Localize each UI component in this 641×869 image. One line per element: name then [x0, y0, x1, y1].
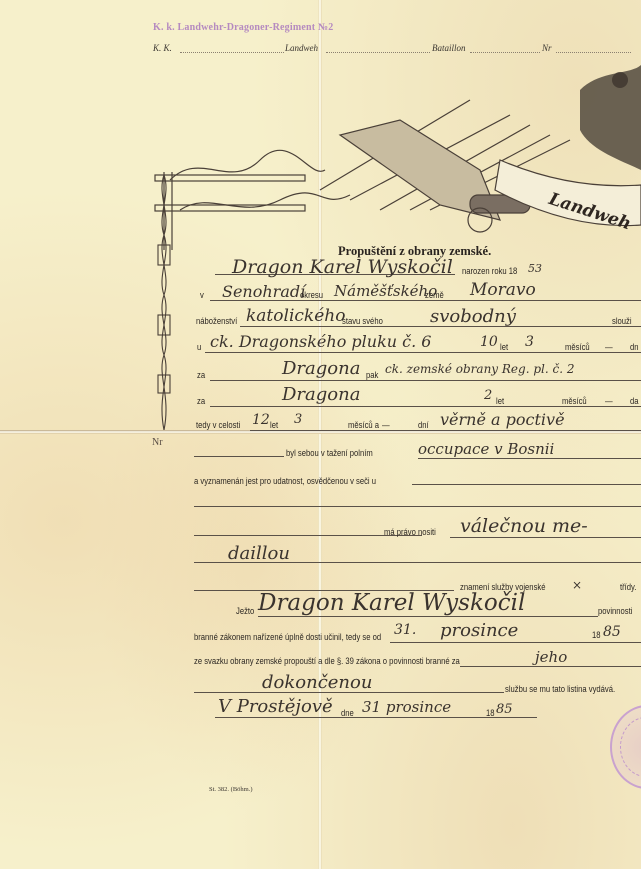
handwritten-unit-2: ck. zemské obrany Reg. pl. č. 2 [385, 362, 574, 376]
handwritten-place: V Prostějově [218, 696, 333, 717]
seal-eagle-icon [620, 717, 641, 777]
label-since: Ježto [236, 606, 254, 616]
header-dotline [556, 52, 631, 53]
field-line [418, 458, 641, 459]
label-dni: da [630, 396, 639, 406]
label-year-prefix: 18 [486, 708, 495, 718]
label-dni: dní [418, 420, 429, 430]
label-let: let [496, 396, 504, 406]
header-dotline [326, 52, 430, 53]
label-religion: náboženství [196, 316, 237, 326]
handwritten-total-years: 12 [252, 412, 270, 428]
ornament-illustration: Landweh [150, 60, 641, 250]
vine-border [155, 175, 173, 430]
handwritten-release-day: 31. [394, 622, 416, 638]
field-line [390, 642, 641, 643]
field-line [210, 380, 641, 381]
handwritten-issue-year: 85 [496, 702, 513, 717]
handwritten-rank-1: Dragona [282, 358, 360, 379]
header-dotline [470, 52, 540, 53]
header-dotline [180, 52, 284, 53]
label-okres: okresu [300, 290, 323, 300]
label-u: u [197, 342, 201, 352]
label-za: za [197, 396, 205, 406]
label-class: třídy. [620, 582, 636, 592]
header-kk-label: K. K. [153, 43, 172, 53]
handwritten-release-year: 85 [603, 624, 621, 640]
label-mesicu-a: měsíců a [348, 420, 379, 430]
dash: — [605, 342, 613, 352]
label-campaign: byl sebou v tažení polním [286, 448, 373, 458]
handwritten-total-months: 3 [294, 412, 302, 427]
label-total: tedy v celosti [196, 420, 240, 430]
label-mesicu: měsíců [565, 342, 590, 352]
label-zeme: země [425, 290, 444, 300]
handwritten-birthplace: Senohradí [222, 282, 305, 301]
handwritten-release-month: prosince [440, 620, 518, 641]
label-law: branné zákonem nařízené úplně dosti učin… [194, 632, 381, 642]
label-let: let [270, 420, 278, 430]
label-issued: službu se mu tato listina vydává. [505, 684, 615, 694]
handwritten-land: Moravo [470, 280, 536, 300]
dash: — [605, 396, 613, 406]
label-let: let [500, 342, 508, 352]
header-nr-label: Nr [542, 43, 552, 53]
handwritten-district: Náměšťského [334, 282, 437, 300]
label-status: stavu svého [342, 316, 383, 326]
label-year-prefix: 18 [592, 630, 601, 640]
regiment-stamp-header: K. k. Landwehr-Dragoner-Regiment №2 [153, 22, 333, 33]
handwritten-his: jeho [535, 648, 567, 666]
label-za: za [197, 370, 205, 380]
header-landwehr-label: Landweh [285, 43, 318, 53]
handwritten-name-2: Dragon Karel Wyskočil [258, 590, 525, 616]
label-release: ze svazku obrany zemské propouští a dle … [194, 656, 460, 666]
handwritten-status: svobodný [430, 306, 516, 327]
label-medal: má právo nositi [384, 527, 436, 537]
handwritten-years-1: 10 [480, 334, 498, 350]
header-bataillon-label: Bataillon [432, 43, 466, 53]
handwritten-service-mark: × [572, 578, 582, 592]
label-born-year: narozen roku 18 [462, 266, 517, 276]
handwritten-campaign: occupace v Bosnii [418, 440, 554, 458]
field-line [460, 666, 641, 667]
field-line [194, 562, 641, 563]
handwritten-issue-date: 31 prosince [362, 698, 451, 716]
field-line [412, 484, 641, 485]
field-line [194, 506, 641, 507]
handwritten-completed: dokončenou [262, 672, 372, 693]
label-dne: dne [341, 708, 354, 718]
field-line [450, 537, 641, 538]
label-pak: pak [366, 370, 378, 380]
label-mesicu: měsíců [562, 396, 587, 406]
field-line [194, 456, 284, 457]
handwritten-months-1: 3 [525, 334, 534, 350]
label-decoration: a vyznamenán jest pro udatnost, osvědčen… [194, 476, 376, 486]
dash: — [382, 420, 390, 430]
handwritten-regiment: ck. Dragonského pluku č. 6 [210, 332, 431, 351]
handwritten-religion: katolického [246, 306, 345, 326]
handwritten-conduct: věrně a poctivě [440, 410, 565, 429]
field-line [250, 430, 641, 431]
field-line [205, 352, 641, 353]
handwritten-years-3: 2 [484, 388, 492, 403]
handwritten-birth-year: 53 [528, 262, 542, 275]
field-line [258, 616, 598, 617]
handwritten-medal: válečnou me- [460, 515, 588, 537]
form-number: St. 382. (Böhm.) [209, 786, 253, 793]
label-v: v [200, 290, 204, 300]
handwritten-name: Dragon Karel Wyskočil [232, 256, 453, 278]
handwritten-rank-2: Dragona [282, 384, 360, 405]
label-dni: dn [630, 342, 639, 352]
field-line [210, 406, 641, 407]
corner-mark: Nr [152, 437, 163, 448]
handwritten-medal-cont: daillou [228, 543, 290, 564]
label-served: slouži [612, 316, 632, 326]
label-obligation: povinnosti [598, 606, 632, 616]
